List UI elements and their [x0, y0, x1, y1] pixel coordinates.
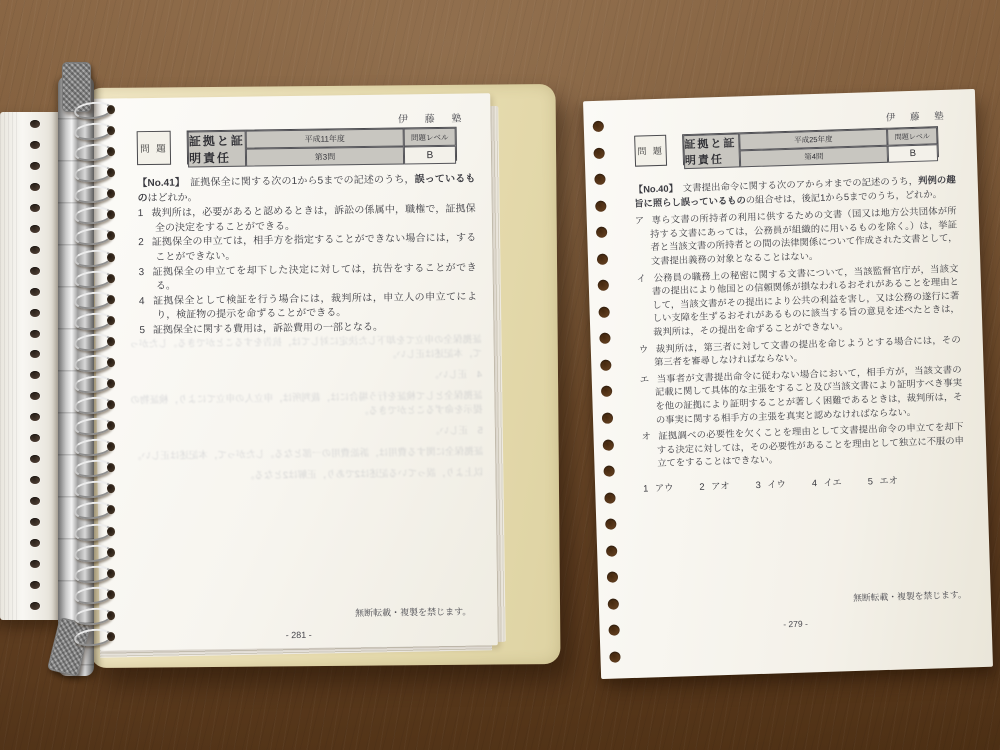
punch-hole	[594, 174, 605, 185]
punch-hole	[30, 497, 40, 505]
page-number-left: - 281 -	[100, 627, 498, 643]
answer-choice: 1アウ	[643, 482, 674, 497]
punch-hole	[597, 253, 608, 264]
binder-ring	[73, 184, 113, 205]
left-header-table: 平成11年度 証拠と証明責任 問題レベル 第3問 B	[187, 127, 457, 165]
answer-choice: 2アオ	[699, 480, 730, 495]
left-stack-holes	[30, 120, 42, 610]
punch-hole	[30, 392, 40, 400]
punch-hole	[593, 147, 604, 158]
punch-hole	[30, 309, 40, 317]
punch-hole	[603, 439, 614, 450]
punch-hole	[599, 333, 610, 344]
punch-hole	[607, 572, 618, 583]
brand-logo-left: 伊 藤 塾	[398, 110, 469, 126]
right-header: 問 題 平成25年度 証拠と証明責任 問題レベル 第4問 B	[634, 126, 939, 167]
binder-ring	[73, 627, 113, 648]
binder-ring	[73, 585, 113, 606]
punch-hole	[598, 280, 609, 291]
flipped-pages-block	[0, 112, 64, 620]
punch-hole	[600, 359, 611, 370]
punch-hole	[30, 350, 40, 358]
punch-hole	[30, 602, 40, 610]
binder-ring	[73, 100, 113, 121]
binder-ring	[73, 543, 113, 564]
binder-ring	[73, 311, 113, 332]
bleedthrough-text: 証拠保全の申立てを却下した決定に対しては，抗告をすることができる。したがって，本…	[130, 333, 485, 548]
punch-hole	[30, 246, 40, 254]
binder-ring	[73, 501, 113, 522]
binder-ring	[73, 564, 113, 585]
punch-hole	[30, 560, 40, 568]
copyright-notice-left: 無断転載・複製を禁じます。	[355, 605, 471, 620]
list-item: 1裁判所は，必要があると認めるときは，訴訟の係属中，職権で，証拠保全の決定をする…	[138, 203, 476, 237]
punch-hole	[593, 121, 604, 132]
punch-hole	[595, 200, 606, 211]
punch-hole	[30, 183, 40, 191]
right-header-table: 平成25年度 証拠と証明責任 問題レベル 第4問 B	[682, 126, 939, 165]
binder-ring	[73, 269, 113, 290]
binder-ring	[73, 121, 113, 142]
number-cell: 第3問	[246, 146, 404, 166]
answer-choice: 4イエ	[812, 476, 842, 491]
level-label-cell: 問題レベル	[404, 128, 456, 147]
answer-choice: 3イウ	[755, 478, 786, 493]
binder-ring	[73, 290, 113, 311]
list-item: 4証拠保全として検証を行う場合には，裁判所は，申立人の申立てにより，検証物の提示…	[139, 290, 477, 324]
level-value-cell: B	[404, 146, 456, 165]
punch-hole	[606, 545, 617, 556]
punch-hole	[30, 581, 40, 589]
title-cell: 証拠と証明責任	[683, 133, 740, 169]
level-value-cell: B	[888, 144, 939, 163]
binder-ring	[73, 332, 113, 353]
right-exam-sheet: 伊 藤 塾 問 題 平成25年度 証拠と証明責任 問題レベル 第4問 B 【No…	[583, 89, 993, 679]
answer-choices: 1アウ 2アオ 3イウ 4イエ 5エオ	[643, 472, 965, 496]
title-cell: 証拠と証明責任	[188, 131, 246, 168]
binder-ring	[73, 374, 113, 395]
binder-ring	[73, 248, 113, 269]
brand-logo-right: 伊 藤 塾	[886, 108, 950, 124]
question-intro: 【No.41】 証拠保全に関する次の1から5までの記述のうち，誤っているものはど…	[137, 172, 475, 206]
ring-rail	[74, 102, 116, 646]
right-question-body: 【No.40】 文書提出命令に関する次のアからオまでの記述のうち，判例の趣旨に照…	[634, 174, 966, 496]
page-number-right: - 279 -	[599, 613, 991, 635]
punch-hole	[30, 225, 40, 233]
punch-hole	[30, 267, 40, 275]
punch-hole	[30, 204, 40, 212]
punch-hole	[30, 539, 40, 547]
question-label-box-right: 問 題	[634, 135, 667, 167]
question-label-box-left: 問 題	[137, 131, 171, 165]
punch-hole	[604, 492, 615, 503]
binder-ring	[73, 416, 113, 437]
list-item: オ証拠調べの必要性を欠くことを理由として文書提出命令の申立てを却下する決定に対し…	[641, 421, 964, 472]
answer-choice: 5エオ	[868, 474, 899, 489]
punch-hole	[596, 227, 607, 238]
binder-ring	[73, 522, 113, 543]
punch-hole	[608, 598, 619, 609]
list-item: エ当事者が文書提出命令に従わない場合において，相手方が，当該文書の記載に関して具…	[640, 363, 964, 427]
question-no: 【No.41】	[137, 178, 180, 190]
punch-hole	[609, 651, 620, 662]
binder-ring	[73, 227, 113, 248]
punch-hole	[603, 466, 614, 477]
punch-hole	[601, 386, 612, 397]
punch-hole	[30, 120, 40, 128]
level-label-cell: 問題レベル	[887, 127, 938, 146]
punch-hole	[605, 519, 616, 530]
binder-ring	[73, 437, 113, 458]
desk-surface: 伊 藤 塾 問 題 平成11年度 証拠と証明責任 問題レベル 第3問 B 【No…	[0, 0, 1000, 750]
list-item: 3証拠保全の申立てを却下した決定に対しては，抗告をすることができる。	[139, 261, 477, 295]
page-edge-stripes	[0, 112, 20, 620]
year-cell: 平成11年度	[246, 128, 404, 148]
list-item: ア専ら文書の所持者の利用に供するための文書（国又は地方公共団体が所持する文書にあ…	[635, 205, 959, 269]
left-question-body: 【No.41】 証拠保全に関する次の1から5までの記述のうち，誤っているものはど…	[137, 172, 477, 338]
punch-hole	[30, 518, 40, 526]
binder-ring	[73, 353, 113, 374]
list-item: イ公務員の職務上の秘密に関する文書について，当該監督官庁が，当該文書の提出により…	[636, 262, 960, 340]
binder-ring	[73, 395, 113, 416]
sheet-holes	[593, 121, 622, 663]
copyright-notice-right: 無断転載・複製を禁じます。	[853, 587, 967, 604]
binder-ring	[73, 458, 113, 479]
binder-ring	[73, 163, 113, 184]
punch-hole	[30, 434, 40, 442]
binder-ring	[73, 606, 113, 627]
punch-hole	[30, 330, 40, 338]
question-no: 【No.40】	[634, 184, 674, 195]
list-item: 2証拠保全の申立ては，相手方を指定することができない場合には，することができない…	[138, 232, 476, 266]
punch-hole	[602, 413, 613, 424]
punch-hole	[598, 306, 609, 317]
punch-hole	[30, 288, 40, 296]
punch-hole	[30, 476, 40, 484]
punch-hole	[30, 455, 40, 463]
punch-hole	[30, 413, 40, 421]
left-header: 問 題 平成11年度 証拠と証明責任 問題レベル 第3問 B	[137, 127, 457, 165]
binder-ring	[73, 205, 113, 226]
punch-hole	[30, 141, 40, 149]
punch-hole	[30, 371, 40, 379]
punch-hole	[30, 162, 40, 170]
binder-ring	[73, 479, 113, 500]
number-cell: 第4問	[740, 146, 888, 168]
left-exam-page: 伊 藤 塾 問 題 平成11年度 証拠と証明責任 問題レベル 第3問 B 【No…	[92, 93, 498, 651]
binder-ring	[73, 142, 113, 163]
